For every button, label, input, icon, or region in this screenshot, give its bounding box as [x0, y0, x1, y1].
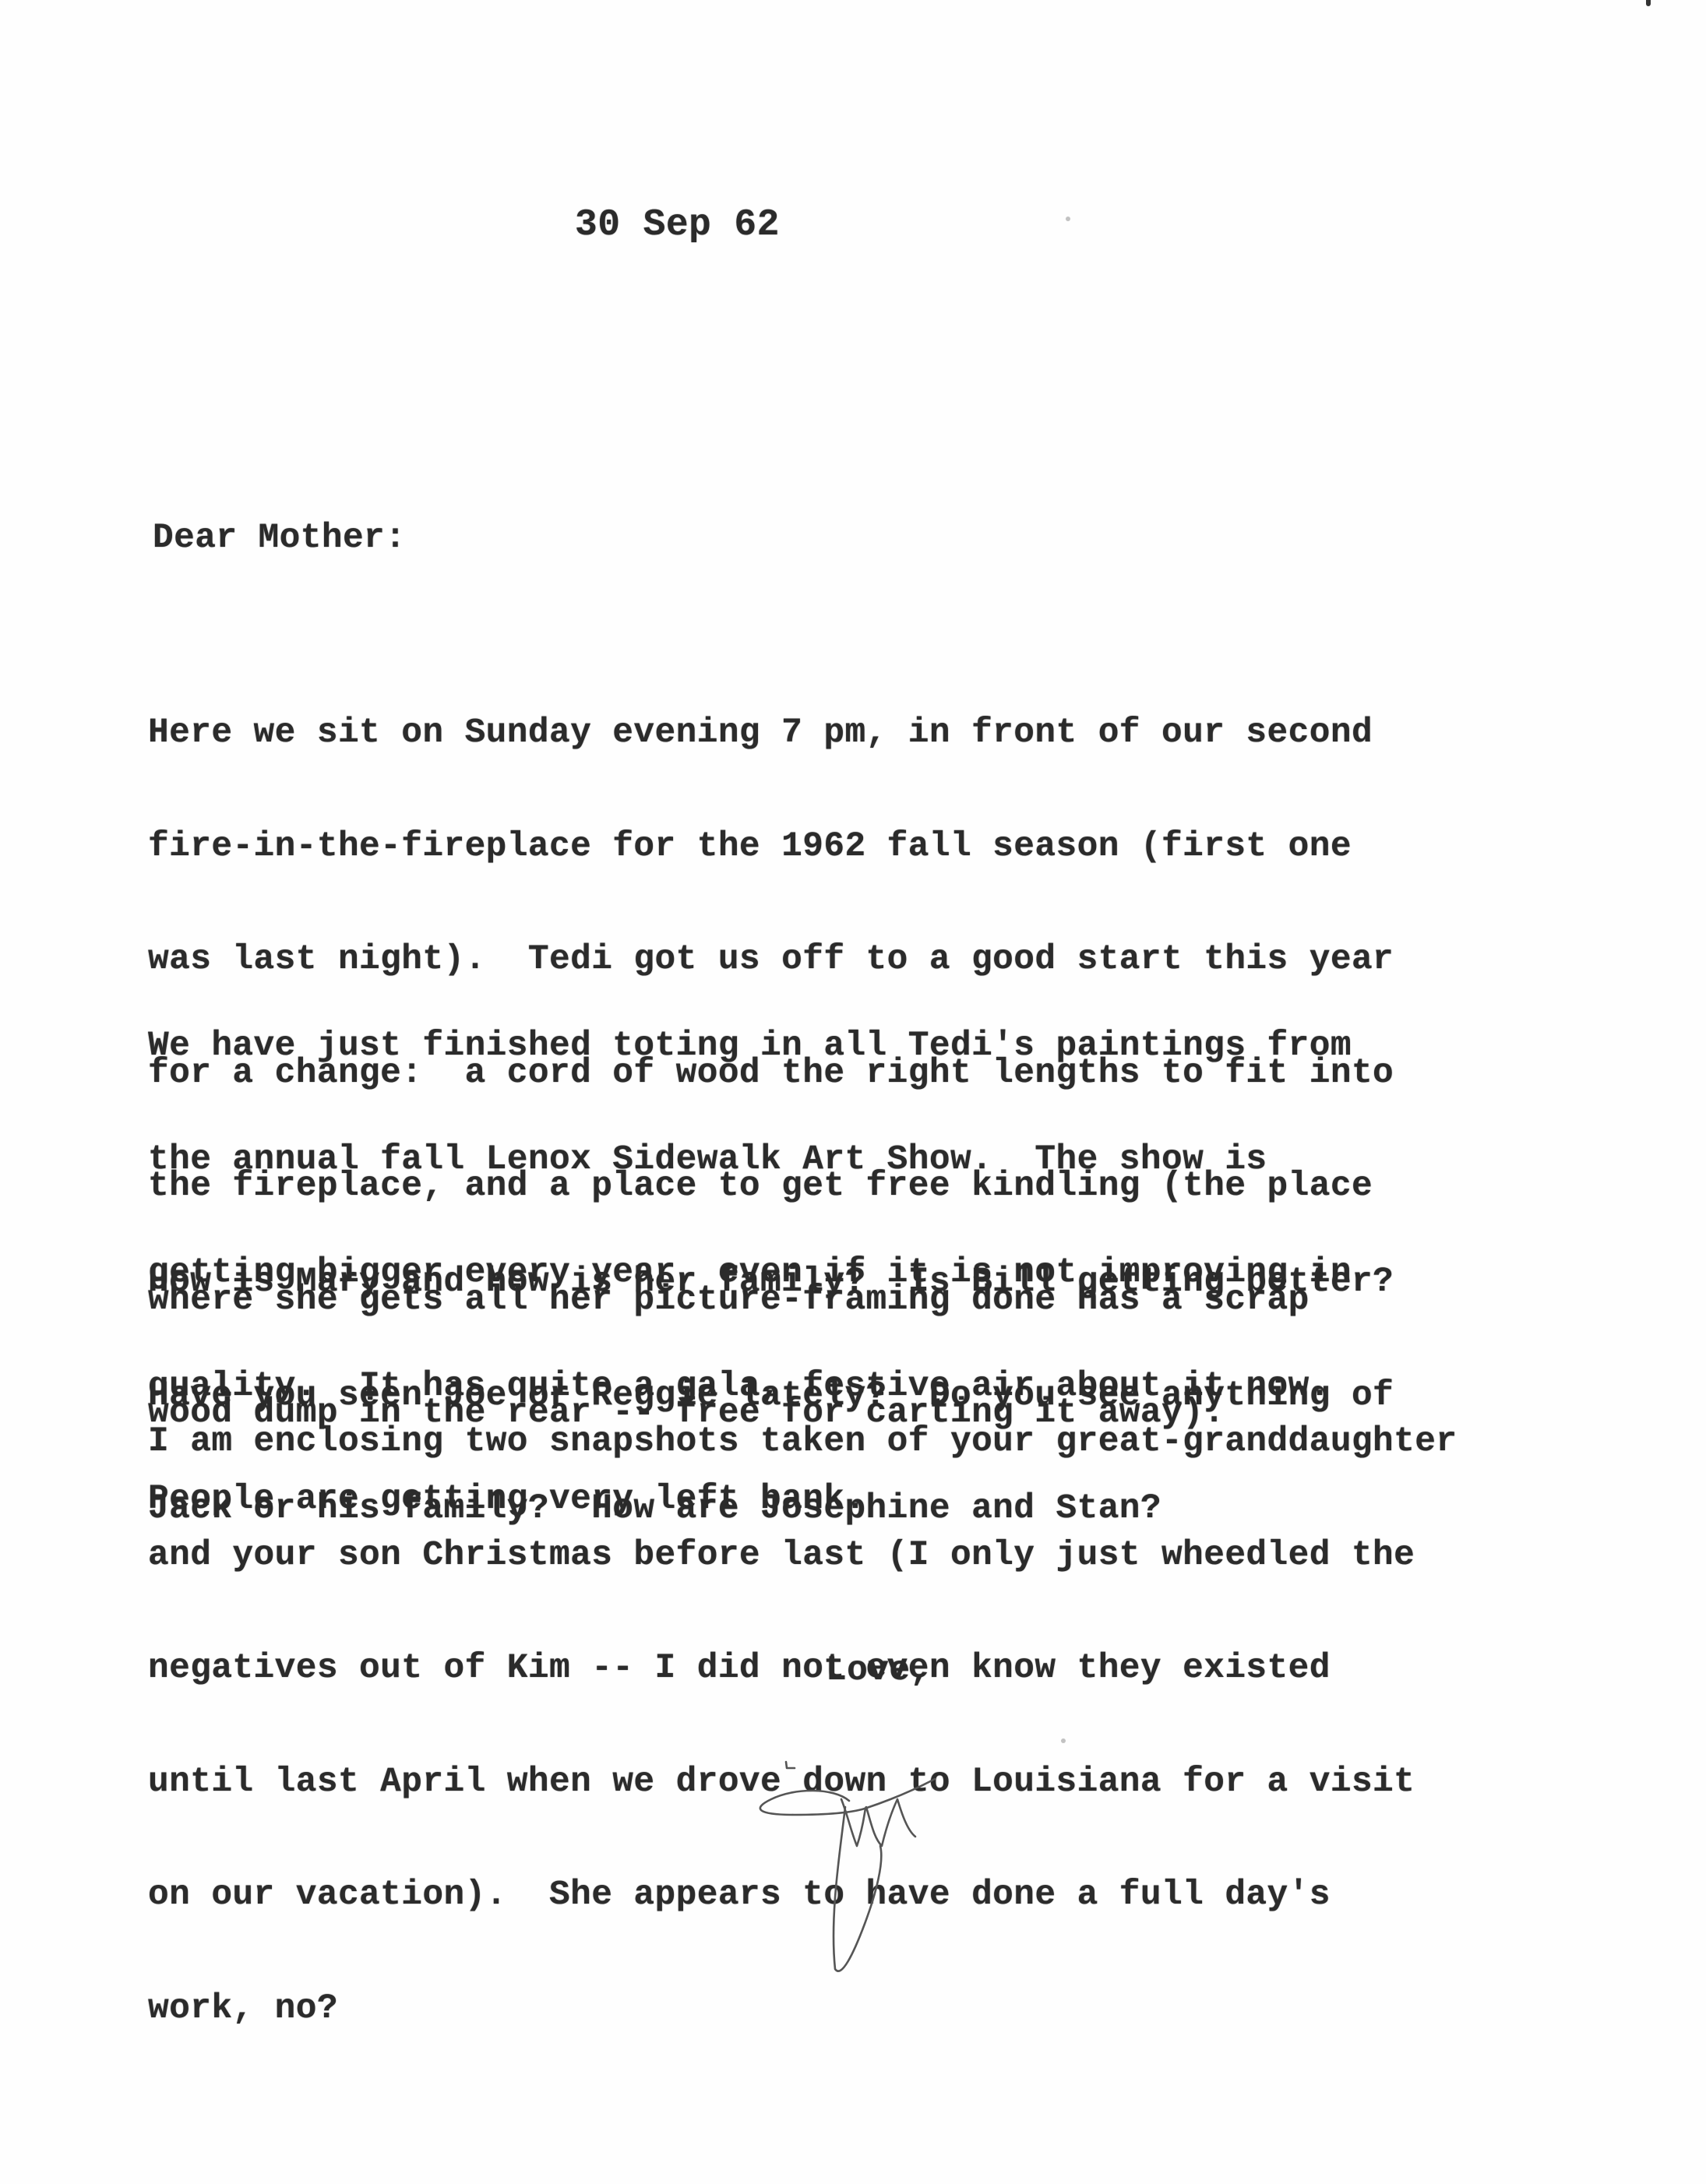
letter-date: 30 Sep 62 [575, 204, 780, 246]
letter-page: 30 Sep 62 Dear Mother: Here we sit on Su… [0, 0, 1706, 2184]
text-line: We have just finished toting in all Tedi… [148, 1027, 1352, 1066]
text-line: and your son Christmas before last (I on… [148, 1537, 1457, 1575]
text-line: How is Mary and how is her family? Is Bi… [148, 1263, 1394, 1302]
text-line: Here we sit on Sunday evening 7 pm, in f… [148, 714, 1394, 752]
text-line: negatives out of Kim -- I did not even k… [148, 1650, 1457, 1688]
text-line: the annual fall Lenox Sidewalk Art Show.… [148, 1141, 1352, 1179]
closing: Love, [826, 1651, 932, 1690]
signature-icon [748, 1745, 982, 1994]
text-line: fire-in-the-fireplace for the 1962 fall … [148, 828, 1394, 866]
text-line: I am enclosing two snapshots taken of yo… [148, 1423, 1457, 1461]
salutation: Dear Mother: [153, 519, 406, 558]
corner-ink-mark [1646, 0, 1651, 6]
ink-speck [1066, 217, 1070, 221]
text-line: work, no? [148, 1990, 1457, 2028]
